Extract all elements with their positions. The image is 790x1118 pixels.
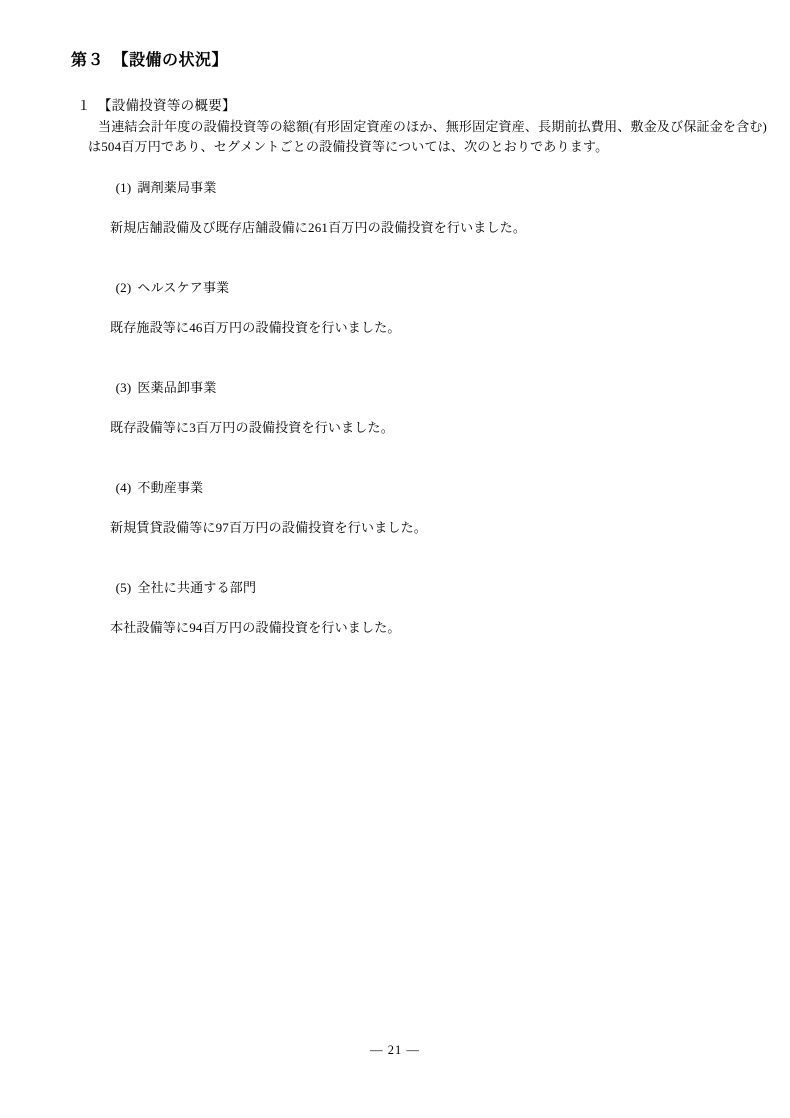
chapter-title: 第３ 【設備の状況】 — [71, 47, 228, 70]
segment-item-heading: (2)ヘルスケア事業 — [88, 258, 526, 318]
segment-item-heading: (1)調剤薬局事業 — [88, 158, 526, 218]
segment-items-list: (1)調剤薬局事業 新規店舗設備及び既存店舗設備に261百万円の設備投資を行いま… — [88, 158, 526, 658]
segment-item-number: (5) — [116, 578, 132, 598]
segment-item-description: 新規賃貸設備等に97百万円の設備投資を行いました。 — [110, 518, 526, 538]
segment-item: (5)全社に共通する部門 本社設備等に94百万円の設備投資を行いました。 — [88, 558, 526, 638]
intro-line-1: 当連結会計年度の設備投資等の総額(有形固定資産のほか、無形固定資産、長期前払費用… — [88, 117, 736, 137]
section-intro: 当連結会計年度の設備投資等の総額(有形固定資産のほか、無形固定資産、長期前払費用… — [88, 117, 736, 157]
segment-item-number: (3) — [116, 378, 132, 398]
segment-item-number: (2) — [116, 278, 132, 298]
segment-item-description: 本社設備等に94百万円の設備投資を行いました。 — [110, 618, 526, 638]
segment-item-title: ヘルスケア事業 — [137, 280, 229, 295]
segment-item: (2)ヘルスケア事業 既存施設等に46百万円の設備投資を行いました。 — [88, 258, 526, 338]
segment-item-number: (4) — [116, 478, 132, 498]
segment-item-title: 全社に共通する部門 — [137, 580, 256, 595]
segment-item: (1)調剤薬局事業 新規店舗設備及び既存店舗設備に261百万円の設備投資を行いま… — [88, 158, 526, 238]
segment-item: (3)医薬品卸事業 既存設備等に3百万円の設備投資を行いました。 — [88, 358, 526, 438]
segment-item-title: 医薬品卸事業 — [137, 380, 216, 395]
segment-item-description: 新規店舗設備及び既存店舗設備に261百万円の設備投資を行いました。 — [110, 218, 526, 238]
segment-item-heading: (3)医薬品卸事業 — [88, 358, 526, 418]
section-heading: １ 【設備投資等の概要】 — [77, 94, 236, 114]
page-number: ― 21 ― — [0, 1043, 790, 1058]
segment-item-heading: (5)全社に共通する部門 — [88, 558, 526, 618]
intro-line-2: は504百万円であり、セグメントごとの設備投資等については、次のとおりであります… — [88, 137, 736, 157]
segment-item-number: (1) — [116, 178, 132, 198]
segment-item-title: 不動産事業 — [137, 480, 203, 495]
segment-item: (4)不動産事業 新規賃貸設備等に97百万円の設備投資を行いました。 — [88, 458, 526, 538]
segment-item-heading: (4)不動産事業 — [88, 458, 526, 518]
segment-item-description: 既存設備等に3百万円の設備投資を行いました。 — [110, 418, 526, 438]
segment-item-title: 調剤薬局事業 — [137, 180, 216, 195]
segment-item-description: 既存施設等に46百万円の設備投資を行いました。 — [110, 318, 526, 338]
document-page: 第３ 【設備の状況】 １ 【設備投資等の概要】 当連結会計年度の設備投資等の総額… — [0, 0, 790, 1118]
